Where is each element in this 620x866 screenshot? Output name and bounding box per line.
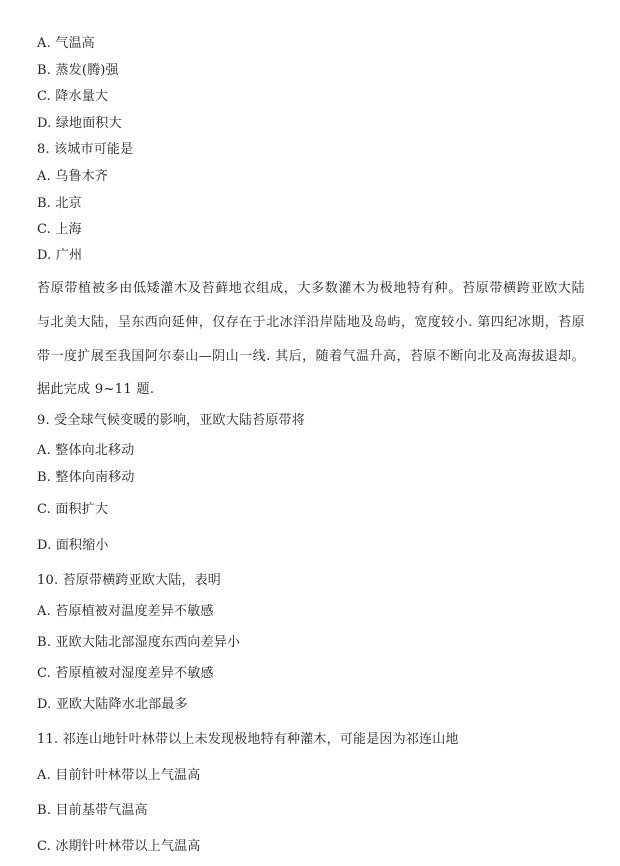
- q9-option-a: A. 整体向北移动: [37, 443, 134, 459]
- q10-option-d: D. 亚欧大陆降水北部最多: [37, 697, 188, 713]
- q7-option-d: D. 绿地面积大: [37, 116, 122, 132]
- q9-stem: 9. 受全球气候变暖的影响，亚欧大陆苔原带将: [37, 413, 305, 429]
- q10-stem: 10. 苔原带横跨亚欧大陆，表明: [37, 573, 221, 589]
- q10-option-c: C. 苔原植被对湿度差异不敏感: [37, 666, 214, 682]
- passage-line-2: 与北美大陆，呈东西向延伸，仅存在于北冰洋沿岸陆地及岛屿，宽度较小. 第四纪冰期，…: [37, 315, 585, 331]
- q10-option-b: B. 亚欧大陆北部湿度东西向差异小: [37, 635, 240, 651]
- q8-option-a: A. 乌鲁木齐: [37, 169, 108, 185]
- q7-option-c: C. 降水量大: [37, 89, 108, 105]
- q10-option-a: A. 苔原植被对温度差异不敏感: [37, 604, 214, 620]
- q11-option-c: C. 冰期针叶林带以上气温高: [37, 839, 201, 855]
- q11-option-b: B. 目前基带气温高: [37, 803, 148, 819]
- q11-stem: 11. 祁连山地针叶林带以上未发现极地特有种灌木，可能是因为祁连山地: [37, 732, 459, 748]
- q8-option-c: C. 上海: [37, 222, 82, 238]
- passage-line-3: 带一度扩展至我国阿尔泰山—阴山一线. 其后，随着气温升高，苔原不断向北及高海拔退…: [37, 349, 585, 365]
- q8-option-d: D. 广州: [37, 248, 82, 264]
- q7-option-a: A. 气温高: [37, 36, 95, 52]
- passage-line-4: 据此完成 9~11 题.: [37, 382, 585, 398]
- q9-option-d: D. 面积缩小: [37, 538, 109, 554]
- q7-option-b: B. 蒸发(腾)强: [37, 63, 119, 79]
- q9-option-c: C. 面积扩大: [37, 502, 108, 518]
- q11-option-a: A. 目前针叶林带以上气温高: [37, 768, 200, 784]
- q9-option-b: B. 整体向南移动: [37, 470, 135, 486]
- q8-option-b: B. 北京: [37, 196, 82, 212]
- q8-stem: 8. 该城市可能是: [37, 142, 133, 158]
- passage-line-1: 苔原带植被多由低矮灌木及苔藓地衣组成，大多数灌木为极地特有种。苔原带横跨亚欧大陆: [37, 281, 585, 297]
